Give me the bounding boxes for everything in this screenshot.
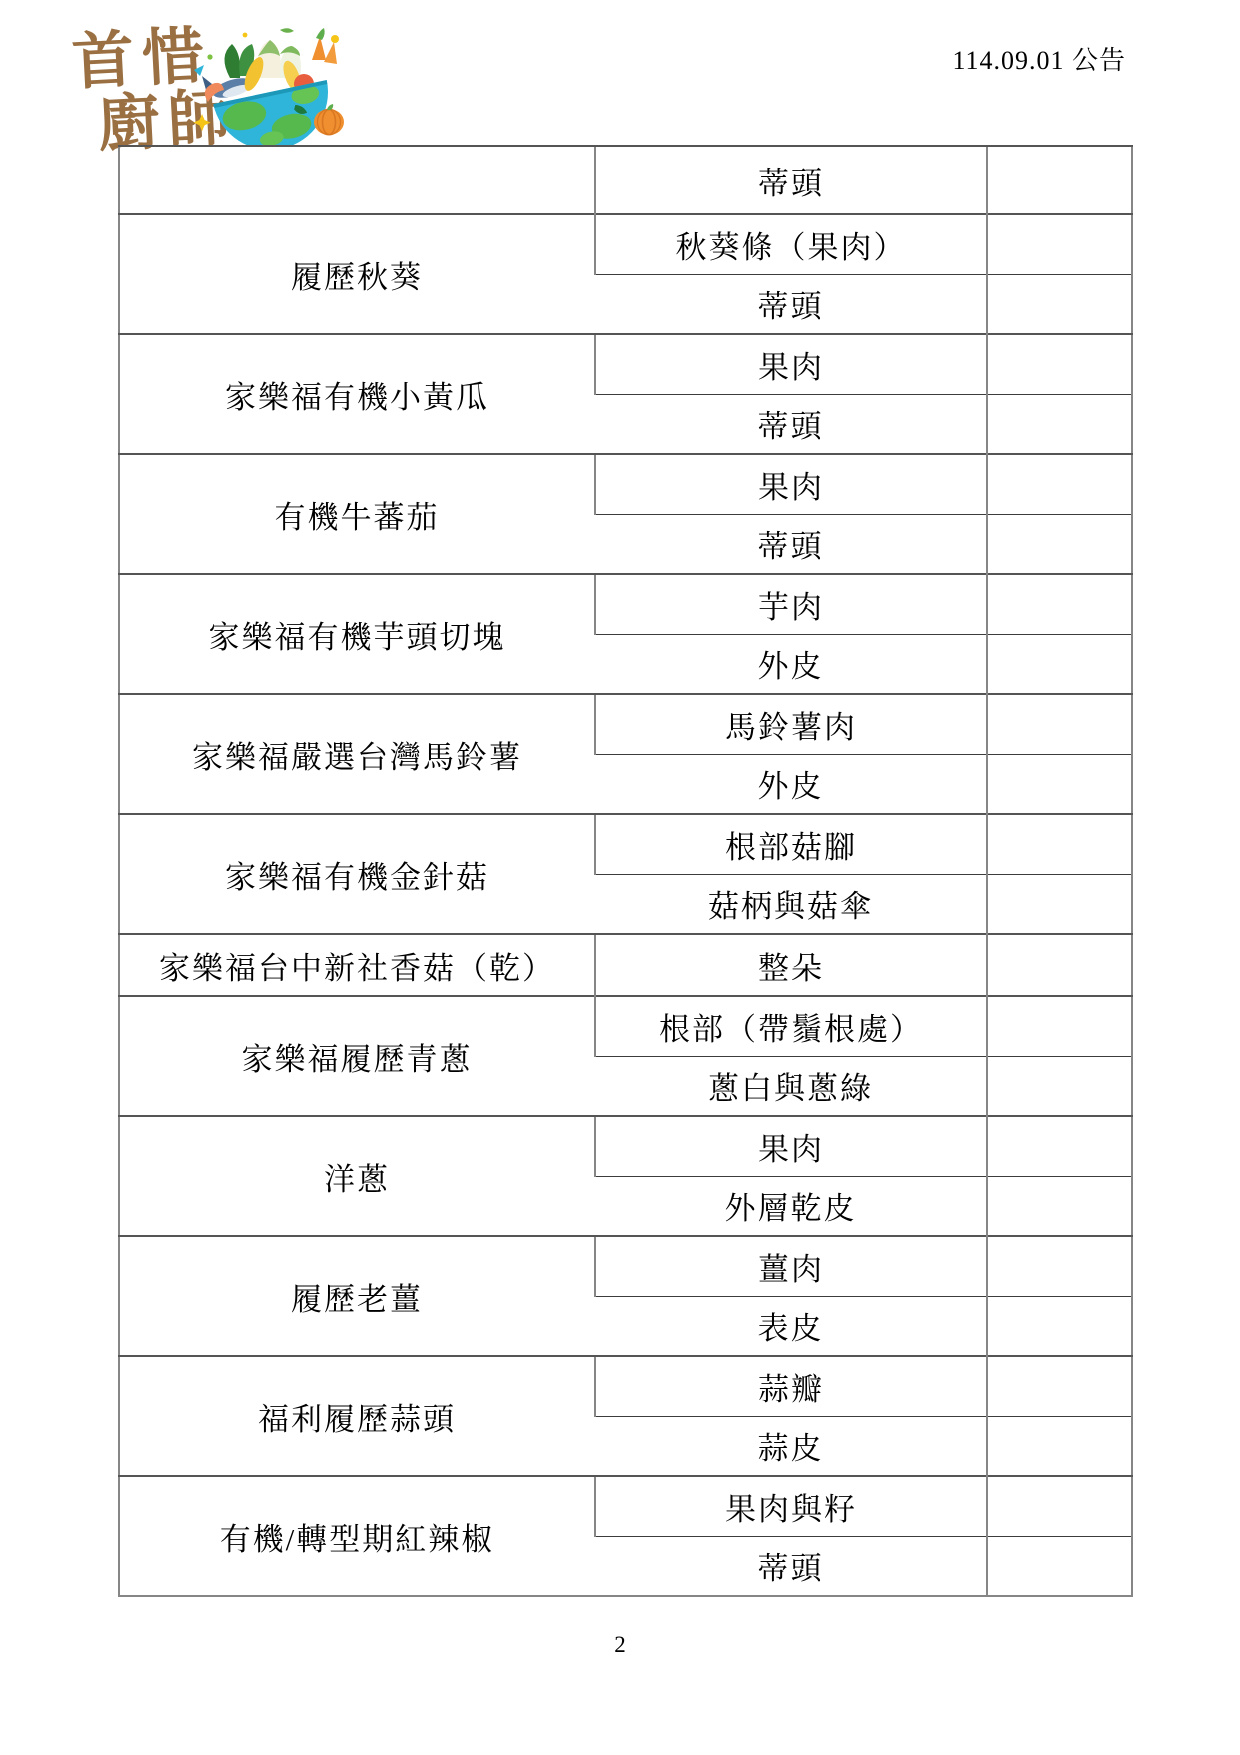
food-parts-table: 蒂頭履歷秋葵秋葵條（果肉）蒂頭家樂福有機小黃瓜果肉蒂頭有機牛蕃茄果肉蒂頭家樂福有…	[118, 145, 1133, 1597]
empty-note-cell	[987, 574, 1132, 634]
part-name-cell: 外皮	[595, 634, 987, 694]
item-name-cell: 家樂福有機芋頭切塊	[119, 574, 595, 694]
table-row: 家樂福有機小黃瓜果肉	[119, 334, 1132, 394]
empty-note-cell	[987, 334, 1132, 394]
empty-note-cell	[987, 514, 1132, 574]
empty-note-cell	[987, 814, 1132, 874]
part-name-cell: 外皮	[595, 754, 987, 814]
part-name-cell: 蒜皮	[595, 1416, 987, 1476]
part-name-cell: 根部（帶鬚根處）	[595, 996, 987, 1056]
empty-note-cell	[987, 1536, 1132, 1596]
table-row: 有機/轉型期紅辣椒果肉與籽	[119, 1476, 1132, 1536]
item-name-cell: 有機/轉型期紅辣椒	[119, 1476, 595, 1596]
part-name-cell: 秋葵條（果肉）	[595, 214, 987, 274]
item-name-cell	[119, 146, 595, 214]
empty-note-cell	[987, 634, 1132, 694]
item-name-cell: 有機牛蕃茄	[119, 454, 595, 574]
table-row: 履歷秋葵秋葵條（果肉）	[119, 214, 1132, 274]
item-name-cell: 福利履歷蒜頭	[119, 1356, 595, 1476]
item-name-cell: 履歷秋葵	[119, 214, 595, 334]
announcement-date: 114.09.01 公告	[952, 40, 1126, 77]
part-name-cell: 果肉	[595, 454, 987, 514]
item-name-cell: 家樂福台中新社香菇（乾）	[119, 934, 595, 996]
item-name-cell: 家樂福履歷青蔥	[119, 996, 595, 1116]
brand-logo: 首惜 廚師	[70, 16, 370, 166]
part-name-cell: 蒜瓣	[595, 1356, 987, 1416]
part-name-cell: 果肉與籽	[595, 1476, 987, 1536]
part-name-cell: 薑肉	[595, 1236, 987, 1296]
table-row: 洋蔥果肉	[119, 1116, 1132, 1176]
part-name-cell: 菇柄與菇傘	[595, 874, 987, 934]
empty-note-cell	[987, 1176, 1132, 1236]
empty-note-cell	[987, 214, 1132, 274]
empty-note-cell	[987, 996, 1132, 1056]
table-row: 家樂福嚴選台灣馬鈴薯馬鈴薯肉	[119, 694, 1132, 754]
food-parts-table-body: 蒂頭履歷秋葵秋葵條（果肉）蒂頭家樂福有機小黃瓜果肉蒂頭有機牛蕃茄果肉蒂頭家樂福有…	[119, 146, 1132, 1596]
empty-note-cell	[987, 1416, 1132, 1476]
part-name-cell: 蒂頭	[595, 394, 987, 454]
part-name-cell: 果肉	[595, 334, 987, 394]
empty-note-cell	[987, 874, 1132, 934]
item-name-cell: 洋蔥	[119, 1116, 595, 1236]
empty-note-cell	[987, 754, 1132, 814]
table-row: 家樂福台中新社香菇（乾）整朵	[119, 934, 1132, 996]
item-name-cell: 履歷老薑	[119, 1236, 595, 1356]
part-name-cell: 果肉	[595, 1116, 987, 1176]
item-name-cell: 家樂福有機金針菇	[119, 814, 595, 934]
table-row: 有機牛蕃茄果肉	[119, 454, 1132, 514]
part-name-cell: 蒂頭	[595, 146, 987, 214]
page-number: 2	[0, 1632, 1240, 1658]
part-name-cell: 外層乾皮	[595, 1176, 987, 1236]
part-name-cell: 蒂頭	[595, 1536, 987, 1596]
part-name-cell: 蒂頭	[595, 274, 987, 334]
empty-note-cell	[987, 454, 1132, 514]
part-name-cell: 整朵	[595, 934, 987, 996]
table-row: 福利履歷蒜頭蒜瓣	[119, 1356, 1132, 1416]
part-name-cell: 馬鈴薯肉	[595, 694, 987, 754]
table-row: 家樂福履歷青蔥根部（帶鬚根處）	[119, 996, 1132, 1056]
part-name-cell: 芋肉	[595, 574, 987, 634]
empty-note-cell	[987, 1236, 1132, 1296]
empty-note-cell	[987, 146, 1132, 214]
empty-note-cell	[987, 1476, 1132, 1536]
document-page: 首惜 廚師	[0, 0, 1240, 1755]
empty-note-cell	[987, 394, 1132, 454]
part-name-cell: 表皮	[595, 1296, 987, 1356]
item-name-cell: 家樂福嚴選台灣馬鈴薯	[119, 694, 595, 814]
table-row: 家樂福有機金針菇根部菇腳	[119, 814, 1132, 874]
table-row: 蒂頭	[119, 146, 1132, 214]
part-name-cell: 根部菇腳	[595, 814, 987, 874]
empty-note-cell	[987, 934, 1132, 996]
empty-note-cell	[987, 1356, 1132, 1416]
part-name-cell: 蔥白與蔥綠	[595, 1056, 987, 1116]
empty-note-cell	[987, 1116, 1132, 1176]
table-row: 家樂福有機芋頭切塊芋肉	[119, 574, 1132, 634]
empty-note-cell	[987, 1296, 1132, 1356]
part-name-cell: 蒂頭	[595, 514, 987, 574]
empty-note-cell	[987, 694, 1132, 754]
item-name-cell: 家樂福有機小黃瓜	[119, 334, 595, 454]
empty-note-cell	[987, 274, 1132, 334]
vegetable-bowl-globe-icon	[188, 26, 348, 146]
table-row: 履歷老薑薑肉	[119, 1236, 1132, 1296]
empty-note-cell	[987, 1056, 1132, 1116]
